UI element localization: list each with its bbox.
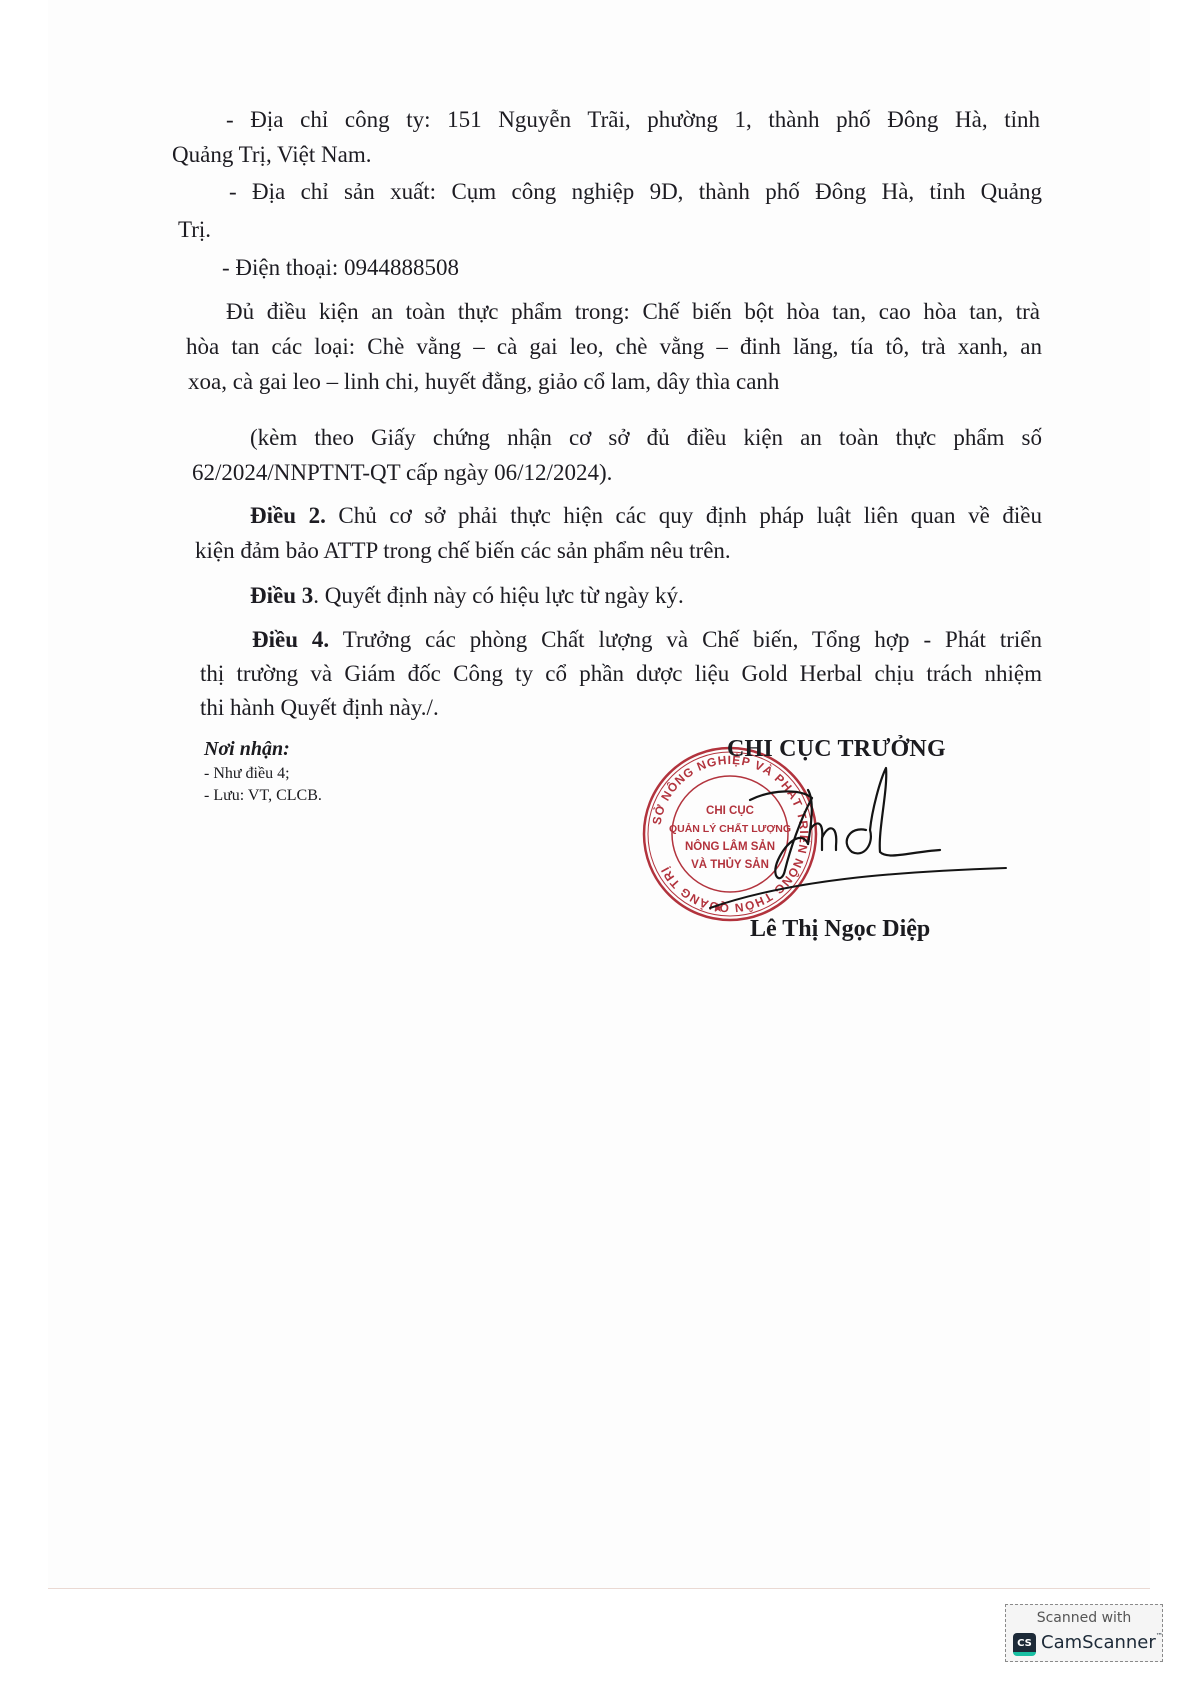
handwritten-signature — [690, 760, 1010, 910]
article-4-line-2: thị trường và Giám đốc Công ty cổ phần d… — [200, 660, 1042, 688]
attachment-line-2: 62/2024/NNPTNT-QT cấp ngày 06/12/2024). — [192, 459, 612, 487]
production-address-cont: Trị. — [178, 216, 211, 244]
article-3: Điều 3. Quyết định này có hiệu lực từ ng… — [250, 582, 684, 610]
recipient-item: - Như điều 4; — [204, 764, 290, 784]
signer-title: CHI CỤC TRƯỞNG — [727, 736, 946, 763]
article-3-label: Điều 3 — [250, 583, 313, 608]
watermark-top-text: Scanned with — [1006, 1610, 1162, 1626]
signer-name: Lê Thị Ngọc Diệp — [750, 916, 930, 943]
eligibility-line-2: hòa tan các loại: Chè vằng – cà gai leo,… — [186, 333, 1042, 361]
watermark-brand: CamScanner™ — [1041, 1632, 1163, 1653]
company-address: - Địa chỉ công ty: 151 Nguyễn Trãi, phườ… — [226, 106, 1040, 134]
recipients-title: Nơi nhận: — [204, 738, 290, 761]
article-4-line-1: Điều 4. Trưởng các phòng Chất lượng và C… — [252, 626, 1042, 654]
eligibility-line-3: xoa, cà gai leo – linh chi, huyết đằng, … — [188, 368, 779, 396]
camscanner-watermark: Scanned with CS CamScanner™ — [1005, 1604, 1163, 1662]
production-address: - Địa chỉ sản xuất: Cụm công nghiệp 9D, … — [229, 178, 1042, 206]
attachment-line-1: (kèm theo Giấy chứng nhận cơ sở đủ điều … — [250, 424, 1042, 452]
article-4-line-3: thi hành Quyết định này./. — [200, 694, 439, 722]
article-2-line-2: kiện đảm bảo ATTP trong chế biến các sản… — [195, 537, 731, 565]
eligibility-line-1: Đủ điều kiện an toàn thực phẩm trong: Ch… — [226, 298, 1040, 326]
article-2-line-1: Điều 2. Chủ cơ sở phải thực hiện các quy… — [250, 502, 1042, 530]
article-2-label: Điều 2. — [250, 503, 326, 528]
camscanner-logo-icon: CS — [1013, 1633, 1036, 1656]
company-address-cont: Quảng Trị, Việt Nam. — [172, 141, 371, 169]
recipient-item: - Lưu: VT, CLCB. — [204, 786, 322, 806]
article-4-label: Điều 4. — [252, 627, 329, 652]
phone: - Điện thoại: 0944888508 — [222, 254, 459, 282]
